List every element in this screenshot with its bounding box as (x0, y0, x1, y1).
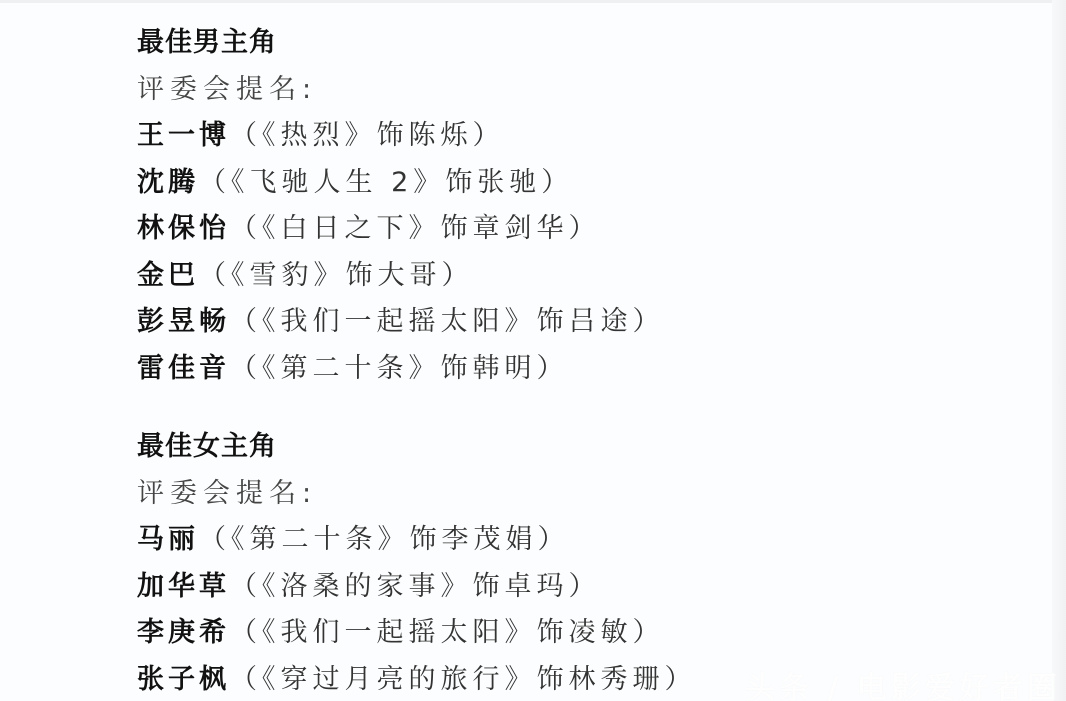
page-top-edge (0, 0, 1066, 3)
section-best-actress: 最佳女主角 评委会提名: 马丽（《第二十条》饰李茂娟） 加华草（《洛桑的家事》饰… (137, 424, 697, 701)
nominee-row: 李庚希（《我们一起摇太阳》饰凌敏） (137, 610, 697, 657)
film-role: （《我们一起摇太阳》饰凌敏） (230, 617, 665, 648)
nominee-row: 彭昱畅（《我们一起摇太阳》饰吕途） (137, 299, 697, 346)
section-title: 最佳女主角 (137, 424, 697, 471)
actor-name: 加华草 (137, 571, 230, 602)
nominee-row: 张子枫（《穿过月亮的旅行》饰林秀珊） (137, 657, 697, 701)
film-role: （《热烈》饰陈烁） (230, 120, 505, 151)
nominee-row: 马丽（《第二十条》饰李茂娟） (137, 517, 697, 564)
jury-nomination-label: 评委会提名: (137, 471, 697, 518)
watermark-text: 头条 / 电影爱好者圈 (745, 663, 1061, 701)
actor-name: 沈腾 (137, 167, 199, 198)
section-best-actor: 最佳男主角 评委会提名: 王一博（《热烈》饰陈烁） 沈腾（《飞驰人生 2》饰张驰… (137, 20, 697, 392)
film-role: （《第二十条》饰李茂娟） (199, 524, 570, 555)
film-role: （《飞驰人生 2》饰张驰） (199, 167, 573, 198)
nominee-row: 加华草（《洛桑的家事》饰卓玛） (137, 564, 697, 611)
nominee-row: 王一博（《热烈》饰陈烁） (137, 113, 697, 160)
actor-name: 王一博 (137, 120, 230, 151)
nominee-row: 雷佳音（《第二十条》饰韩明） (137, 346, 697, 393)
film-role: （《我们一起摇太阳》饰吕途） (230, 306, 665, 337)
nominations-content: 最佳男主角 评委会提名: 王一博（《热烈》饰陈烁） 沈腾（《飞驰人生 2》饰张驰… (137, 20, 697, 701)
actor-name: 雷佳音 (137, 353, 230, 384)
actor-name: 彭昱畅 (137, 306, 230, 337)
jury-nomination-label: 评委会提名: (137, 67, 697, 114)
actor-name: 马丽 (137, 524, 199, 555)
nominee-row: 金巴（《雪豹》饰大哥） (137, 253, 697, 300)
film-role: （《白日之下》饰章剑华） (230, 213, 601, 244)
actor-name: 李庚希 (137, 617, 230, 648)
section-title: 最佳男主角 (137, 20, 697, 67)
actor-name: 林保怡 (137, 213, 230, 244)
actor-name: 金巴 (137, 260, 199, 291)
document-page: 最佳男主角 评委会提名: 王一博（《热烈》饰陈烁） 沈腾（《飞驰人生 2》饰张驰… (0, 0, 1066, 701)
nominee-row: 林保怡（《白日之下》饰章剑华） (137, 206, 697, 253)
film-role: （《洛桑的家事》饰卓玛） (230, 571, 601, 602)
film-role: （《第二十条》饰韩明） (230, 353, 569, 384)
film-role: （《穿过月亮的旅行》饰林秀珊） (230, 664, 697, 695)
page-right-edge (1052, 0, 1066, 701)
film-role: （《雪豹》饰大哥） (199, 260, 474, 291)
nominee-row: 沈腾（《飞驰人生 2》饰张驰） (137, 160, 697, 207)
actor-name: 张子枫 (137, 664, 230, 695)
